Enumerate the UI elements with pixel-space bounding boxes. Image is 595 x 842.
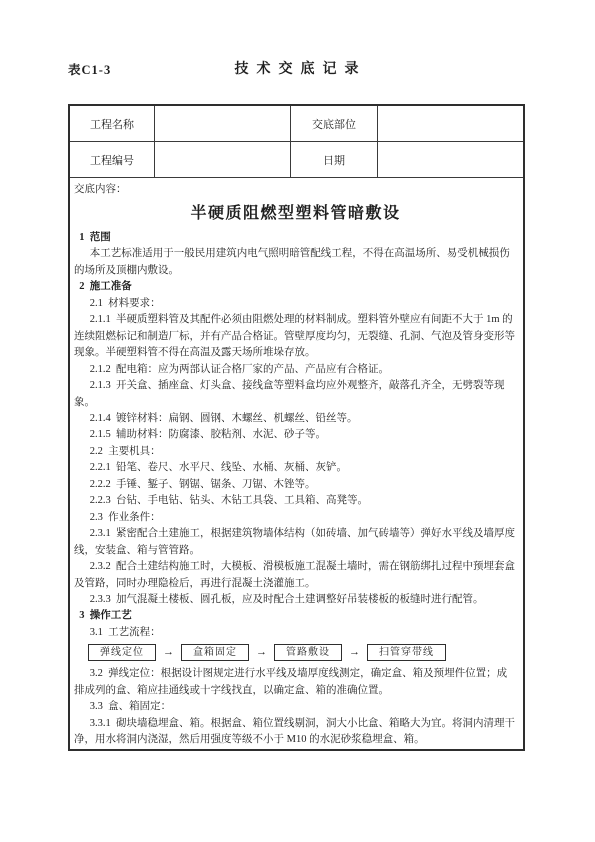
paragraph: 2.2.3 台钻、手电钻、钻头、木钻工具袋、工具箱、高凳等。 (74, 493, 517, 509)
content-label: 交底内容： (74, 182, 517, 197)
paragraph: 3.3 盒、箱固定： (74, 699, 517, 715)
date-value (378, 142, 523, 178)
process-flow-diagram: 弹线定位→盒箱固定→管路敷设→扫管穿带线 (88, 644, 517, 661)
paragraph: 2.1.3 开关盒、插座盒、灯头盒、接线盒等塑料盒均应外观整齐，敲落孔齐全，无劈… (74, 378, 517, 411)
paragraph: 2.3.1 紧密配合土建施工，根据建筑物墙体结构（如砖墙、加气砖墙等）弹好水平线… (74, 526, 517, 559)
flow-step: 扫管穿带线 (367, 644, 446, 661)
document-header: 表C1-3 技术交底记录 (68, 58, 525, 78)
paragraph: 2.3.3 加气混凝土楼板、圆孔板，应及时配合土建调整好吊装楼板的板缝时进行配管… (74, 592, 517, 608)
paragraph: 2.2.2 手锤、錾子、钢锯、锯条、刀锯、木锉等。 (74, 477, 517, 493)
content-body: 1 范围本工艺标准适用于一般民用建筑内电气照明暗管配线工程，不得在高温场所、易受… (74, 230, 517, 749)
flow-arrow-icon: → (349, 646, 360, 659)
paragraph: 3.3.1 砌块墙稳埋盒、箱。根据盒、箱位置线剔洞，洞大小比盒、箱略大为宜。将洞… (74, 716, 517, 749)
paragraph: 本工艺标准适用于一般民用建筑内电气照明暗管配线工程，不得在高温场所、易受机械损伤… (74, 246, 517, 279)
section-heading: 2 施工准备 (74, 279, 517, 295)
project-number-label: 工程编号 (70, 142, 155, 178)
disclosure-content-box: 交底内容： 半硬质阻燃型塑料管暗敷设 1 范围本工艺标准适用于一般民用建筑内电气… (70, 178, 523, 749)
date-label: 日期 (291, 142, 378, 178)
paragraph: 3.1 工艺流程： (74, 625, 517, 641)
disclosure-part-value (378, 106, 523, 142)
paragraph: 2.2 主要机具： (74, 444, 517, 460)
document-page: 表C1-3 技术交底记录 工程名称 交底部位 工程编号 日期 交底内容： 半硬质… (0, 0, 595, 842)
flow-step: 管路敷设 (274, 644, 342, 661)
paragraph: 2.1.5 辅助材料：防腐漆、胶粘剂、水泥、砂子等。 (74, 427, 517, 443)
form-frame: 工程名称 交底部位 工程编号 日期 交底内容： 半硬质阻燃型塑料管暗敷设 1 范… (68, 104, 525, 751)
paragraph: 2.1.4 镀锌材料：扁钢、圆钢、木螺丝、机螺丝、铅丝等。 (74, 411, 517, 427)
paragraph: 2.3 作业条件： (74, 510, 517, 526)
flow-step: 盒箱固定 (181, 644, 249, 661)
disclosure-part-label: 交底部位 (291, 106, 378, 142)
paragraph: 3.2 弹线定位：根据设计图规定进行水平线及墙厚度线测定，确定盒、箱及预埋件位置… (74, 666, 517, 699)
info-table: 工程名称 交底部位 工程编号 日期 (70, 106, 523, 178)
project-name-value (155, 106, 291, 142)
paragraph: 2.1.1 半硬质塑料管及其配件必须由阻燃处理的材料制成。塑料管外壁应有间距不大… (74, 312, 517, 361)
flow-arrow-icon: → (256, 646, 267, 659)
section-heading: 3 操作工艺 (74, 608, 517, 624)
document-type-title: 技术交底记录 (68, 58, 525, 78)
paragraph: 2.1.2 配电箱：应为两部认证合格厂家的产品、产品应有合格证。 (74, 362, 517, 378)
flow-arrow-icon: → (163, 646, 174, 659)
flow-step: 弹线定位 (88, 644, 156, 661)
paragraph: 2.2.1 铅笔、卷尺、水平尺、线坠、水桶、灰桶、灰铲。 (74, 460, 517, 476)
project-name-label: 工程名称 (70, 106, 155, 142)
specification-title: 半硬质阻燃型塑料管暗敷设 (74, 200, 517, 223)
paragraph: 2.1 材料要求： (74, 296, 517, 312)
section-heading: 1 范围 (74, 230, 517, 246)
project-number-value (155, 142, 291, 178)
paragraph: 2.3.2 配合土建结构施工时，大模板、滑模板施工混凝土墙时，需在钢筋绑扎过程中… (74, 559, 517, 592)
